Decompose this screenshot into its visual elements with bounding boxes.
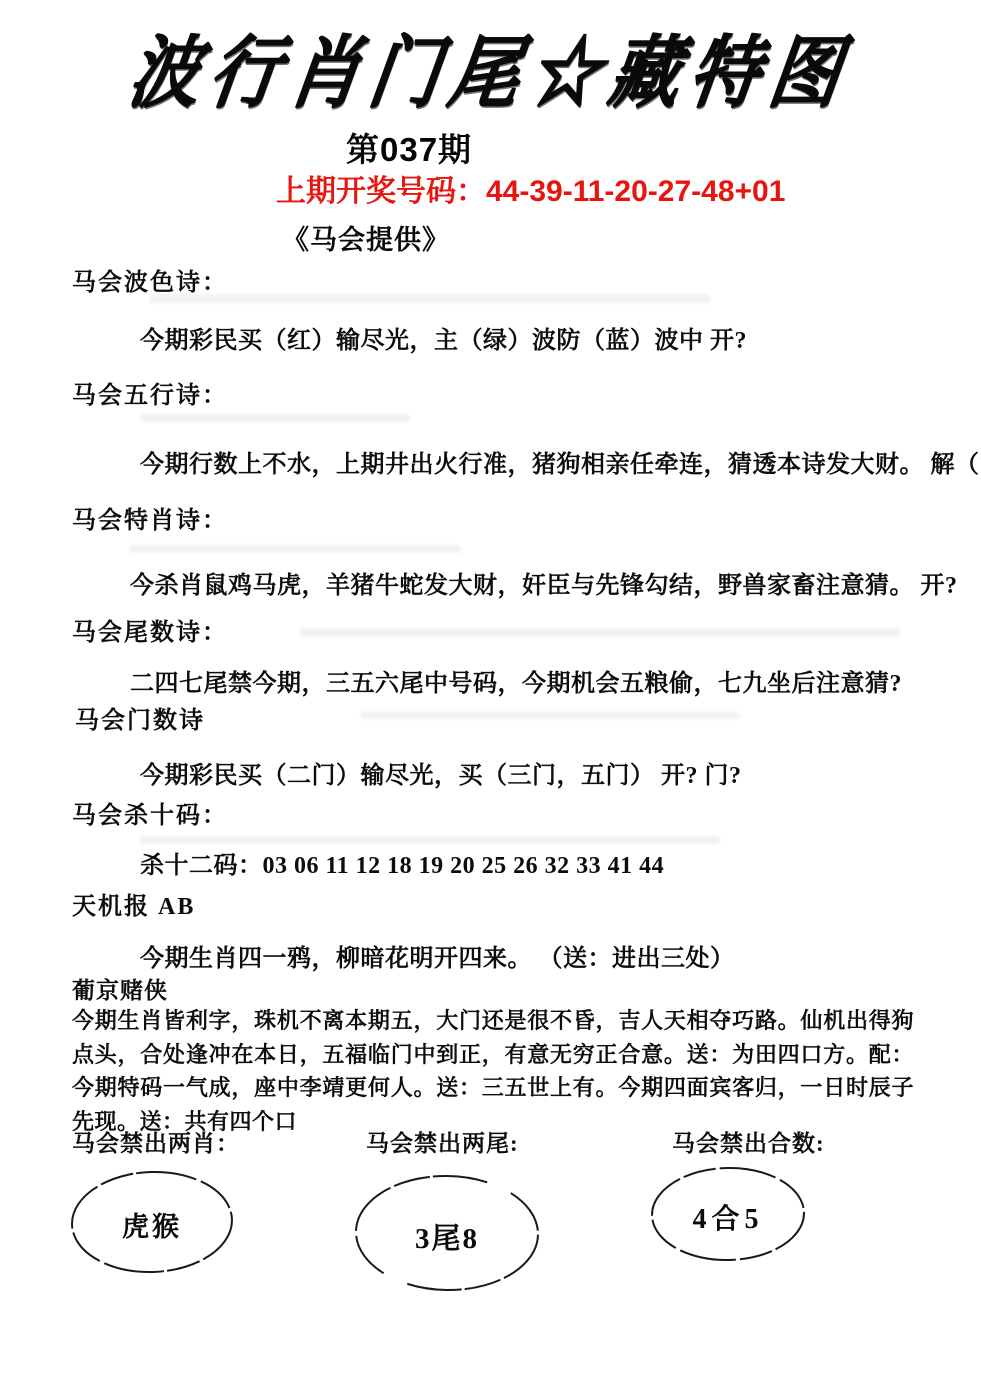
tip-sheet-page: 波行肖门尾☆藏特图 第037期 上期开奖号码：44-39-11-20-27-48… [0,0,981,1388]
section-heading-menshu: 马会门数诗 [75,700,205,735]
poem-line-weishu: 二四七尾禁今期，三五六尾中号码，今期机会五粮偷，七九坐后注意猜? [130,663,902,698]
poem-line-bose: 今期彩民买（红）输尽光，主（绿）波防（蓝）波中 开? [140,320,747,355]
ban-label-tail: 马会禁出两尾: [366,1125,519,1158]
poem-line-texiao: 今杀肖鼠鸡马虎，羊猪牛蛇发大财，奸臣与先锋勾结，野兽家畜注意猜。 开? [130,565,958,600]
scan-artifact [150,294,710,303]
ban-value-tail: 3尾8 [415,1216,479,1257]
poem-line-tianji: 今期生肖四一鸦，柳暗花明开四来。 （送：进出三处） [140,938,735,973]
forbidden-ovals-drawing [0,1162,981,1342]
ban-value-zodiac: 虎猴 [122,1205,182,1244]
section-heading-shama: 马会杀十码： [72,795,228,830]
ban-value-sum: 4合5 [692,1197,763,1237]
ban-label-sum: 马会禁出合数: [672,1125,825,1158]
last-draw-result: 上期开奖号码：44-39-11-20-27-48+01 [276,166,785,210]
scan-artifact [140,836,720,844]
ban-label-zodiac: 马会禁出两肖： [72,1125,240,1158]
poem-line-wuxing: 今期行数上不水，上期井出火行准，猪狗相亲任牵连，猜透本诗发大财。 解（?） [140,444,981,479]
section-heading-wuxing: 马会五行诗： [72,375,228,410]
scan-artifact [140,414,410,422]
sheet-title: 波行肖门尾☆藏特图 [0,10,981,123]
provider-note: 《马会提供》 [282,218,450,257]
scan-artifact [130,545,460,553]
issue-number: 第037期 [346,124,472,171]
pujing-paragraph: 今期生肖皆利字，珠机不离本期五，大门还是很不昏，吉人天相夺巧路。仙机出得狗点头，… [72,1004,914,1138]
section-heading-pujing: 葡京赌侠 [72,972,168,1005]
kill-numbers-line: 杀十二码：03 06 11 12 18 19 20 25 26 32 33 41… [140,845,664,880]
section-heading-tianji: 天机报 AB [72,886,195,921]
section-heading-weishu: 马会尾数诗： [72,612,228,647]
scan-artifact [300,628,900,637]
section-heading-texiao: 马会特肖诗： [72,500,228,535]
poem-line-menshu: 今期彩民买（二门）输尽光，买（三门，五门） 开? 门? [140,755,742,790]
scan-artifact [360,712,740,719]
section-heading-bose: 马会波色诗： [72,262,228,297]
